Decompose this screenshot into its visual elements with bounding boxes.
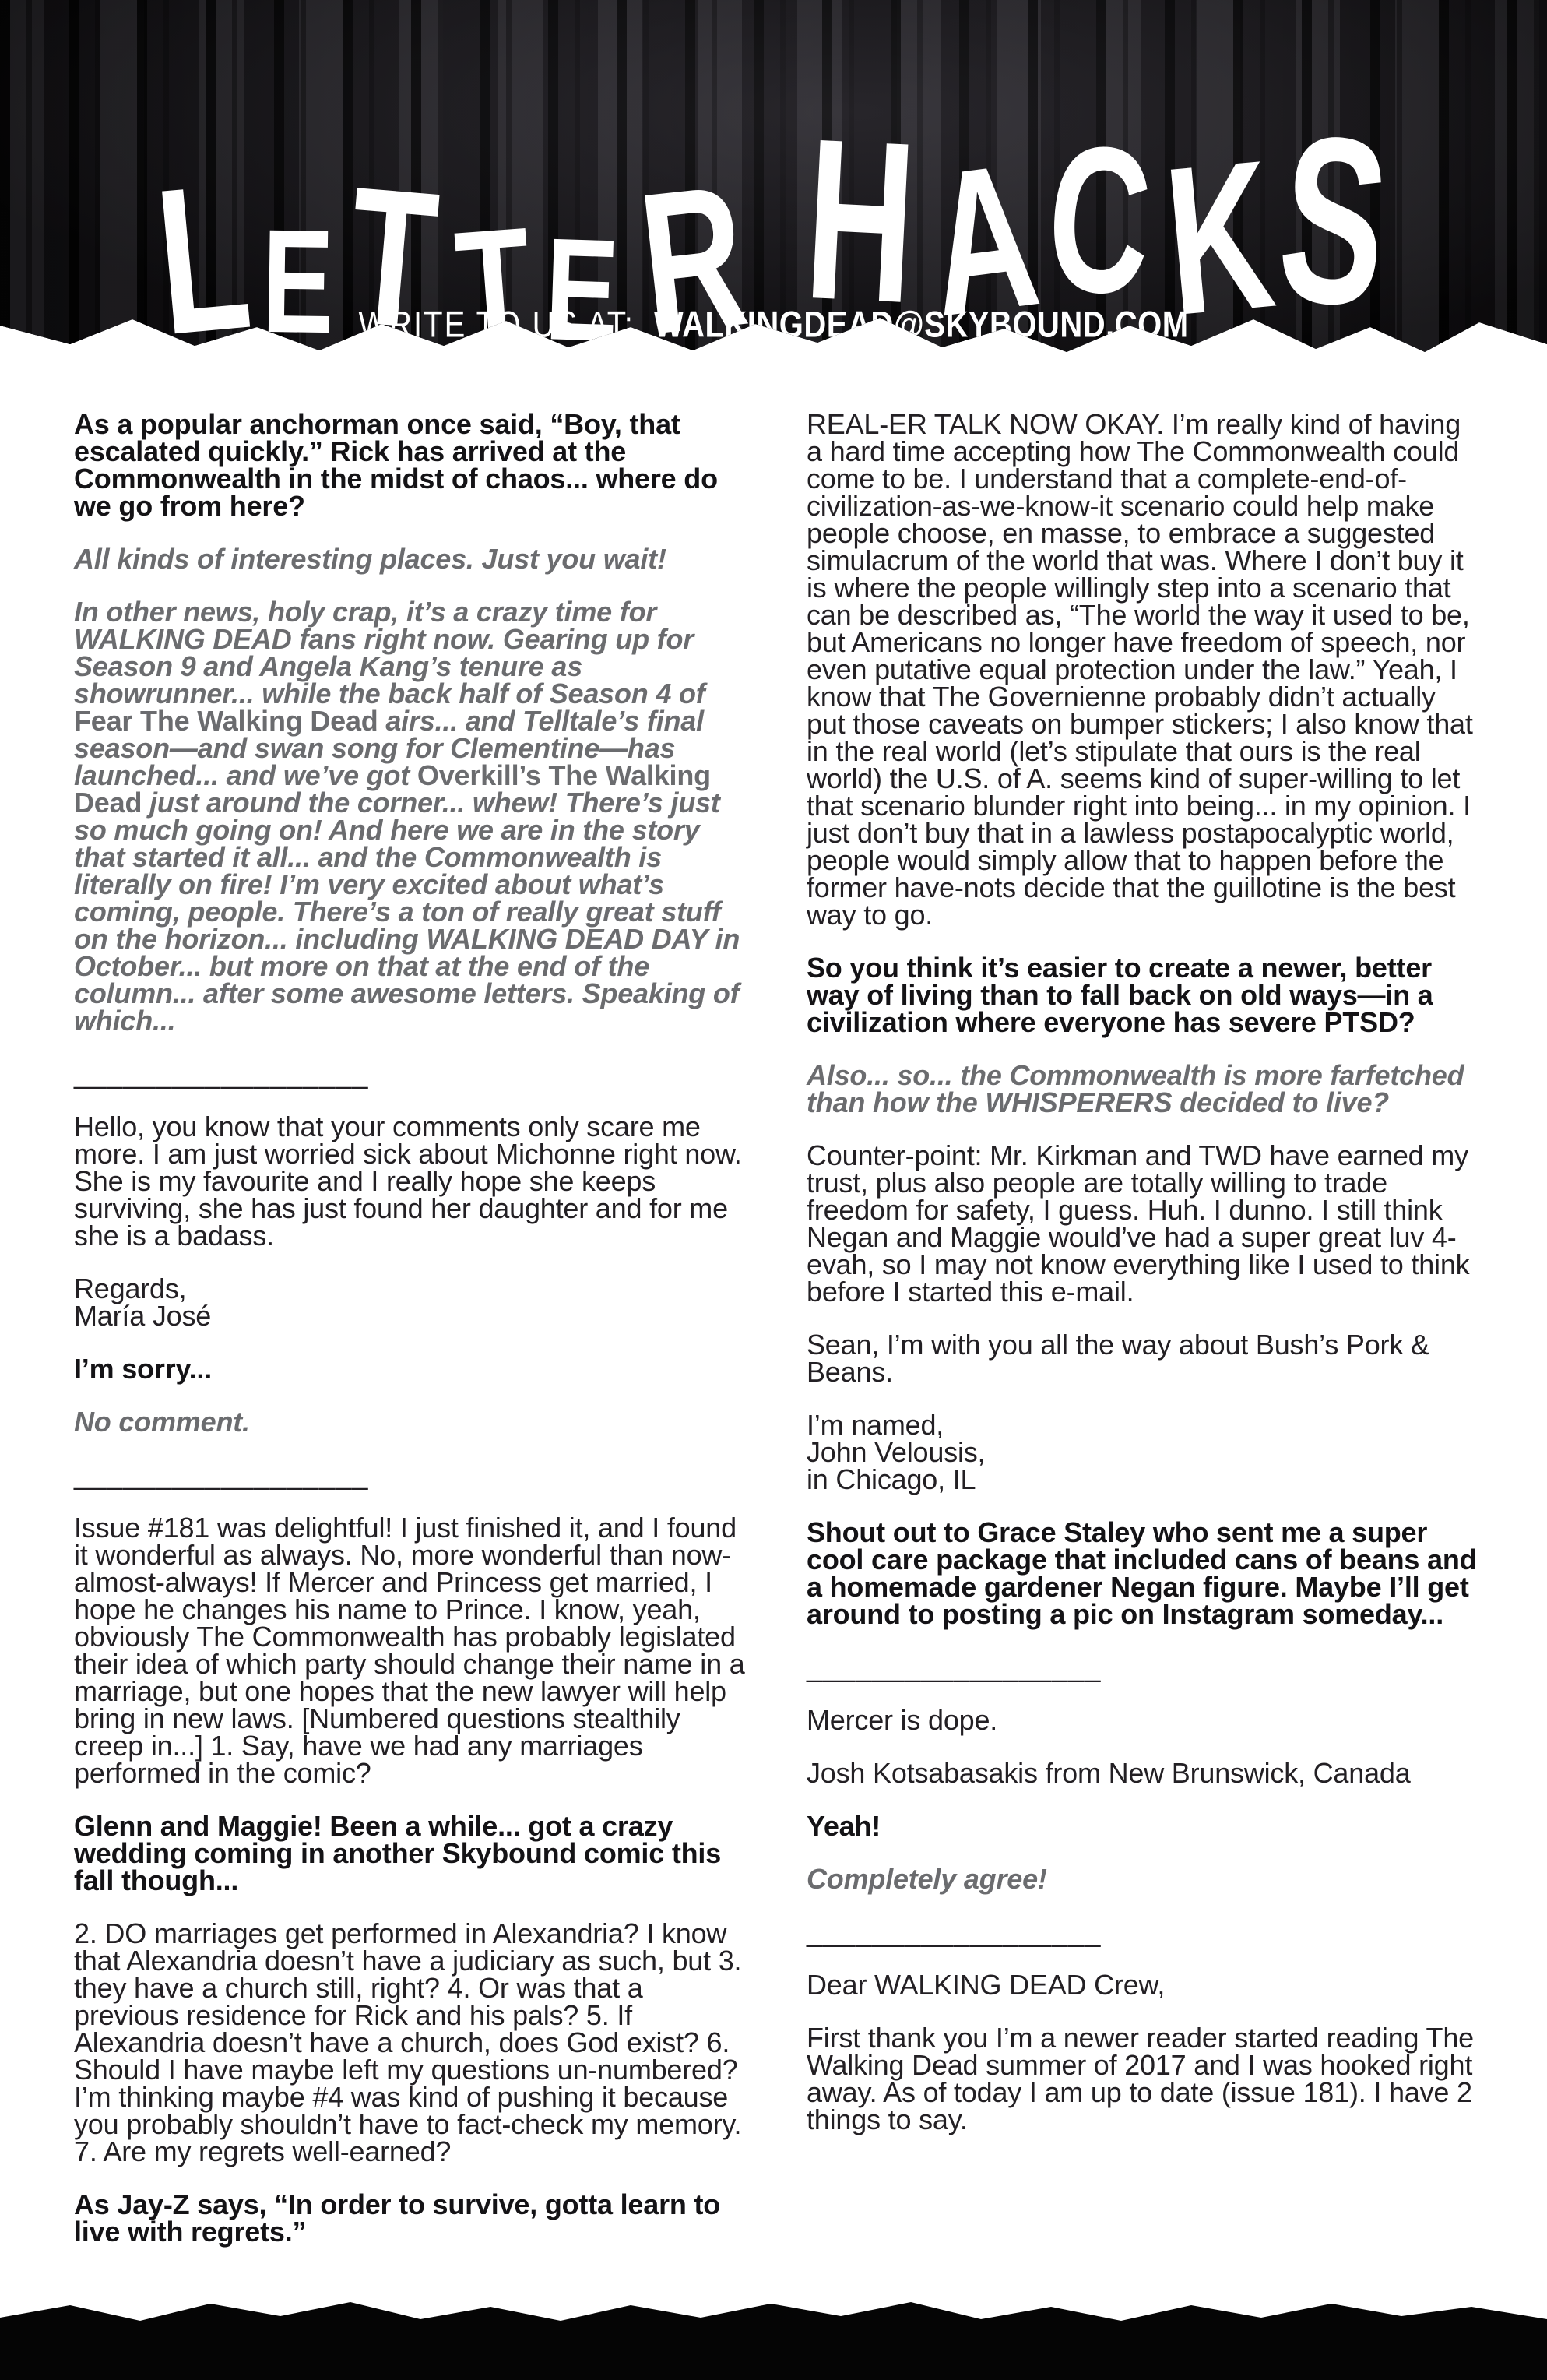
reader-letter-text: Mercer is dope. — [807, 1706, 1478, 1734]
editor-bold-text: As a popular anchorman once said, “Boy, … — [74, 410, 745, 519]
reader-letter-text: Sean, I’m with you all the way about Bus… — [807, 1331, 1478, 1385]
letter-hacks-page: LETTER HACKS WRITE TO US AT: WALKINGDEAD… — [0, 0, 1547, 2380]
editor-bold-text: Yeah! — [807, 1812, 1478, 1840]
editor-bold-text: Shout out to Grace Staley who sent me a … — [807, 1519, 1478, 1628]
title-letter — [749, 147, 802, 308]
reader-letter-text: 2. DO marriages get performed in Alexand… — [74, 1920, 745, 2165]
reader-letter-text: Josh Kotsabasakis from New Brunswick, Ca… — [807, 1759, 1478, 1787]
page-title: LETTER HACKS — [0, 129, 1547, 333]
reader-letter-text: Issue #181 was delightful! I just finish… — [74, 1514, 745, 1787]
subtitle-prefix: WRITE TO US AT: — [358, 305, 635, 345]
write-to-us-line: WRITE TO US AT: WALKINGDEAD@SKYBOUND.COM — [0, 304, 1547, 346]
reader-letter-text: Regards,María José — [74, 1275, 745, 1329]
title-letter: C — [1042, 114, 1159, 328]
title-letter: T — [451, 195, 540, 376]
editor-bold-text: As Jay-Z says, “In order to survive, got… — [74, 2191, 745, 2245]
reader-letter-text: Counter-point: Mr. Kirkman and TWD have … — [807, 1142, 1478, 1305]
divider-line: __________________ — [74, 1060, 745, 1087]
left-column: As a popular anchorman once said, “Boy, … — [74, 410, 745, 2271]
masthead: LETTER HACKS WRITE TO US AT: WALKINGDEAD… — [0, 0, 1547, 372]
email-address: WALKINGDEAD@SKYBOUND.COM — [654, 305, 1189, 345]
editor-italic-text: All kinds of interesting places. Just yo… — [74, 545, 745, 572]
editor-bold-text: I’m sorry... — [74, 1355, 745, 1382]
reader-letter-text: I’m named,John Velousis,in Chicago, IL — [807, 1411, 1478, 1493]
reader-letter-text: First thank you I’m a newer reader start… — [807, 2024, 1478, 2133]
reader-letter-text: Dear WALKING DEAD Crew, — [807, 1971, 1478, 1998]
footer-bar — [0, 2297, 1547, 2380]
divider-line: __________________ — [807, 1918, 1478, 1945]
title-letter: E — [543, 205, 624, 376]
title-letter: H — [801, 110, 923, 336]
divider-line: __________________ — [807, 1653, 1478, 1681]
editor-bold-text: So you think it’s easier to create a new… — [807, 954, 1478, 1036]
right-column: REAL-ER TALK NOW OKAY. I’m really kind o… — [807, 410, 1478, 2159]
editor-italic-text: Also... so... the Commonwealth is more f… — [807, 1061, 1478, 1116]
editor-italic-text: Completely agree! — [807, 1865, 1478, 1892]
editor-italic-text: No comment. — [74, 1408, 745, 1435]
reader-letter-text: REAL-ER TALK NOW OKAY. I’m really kind o… — [807, 410, 1478, 928]
editor-bold-text: Glenn and Maggie! Been a while... got a … — [74, 1812, 745, 1894]
divider-line: __________________ — [74, 1461, 745, 1488]
editor-italic-text: In other news, holy crap, it’s a crazy t… — [74, 598, 745, 1034]
reader-letter-text: Hello, you know that your comments only … — [74, 1113, 745, 1249]
